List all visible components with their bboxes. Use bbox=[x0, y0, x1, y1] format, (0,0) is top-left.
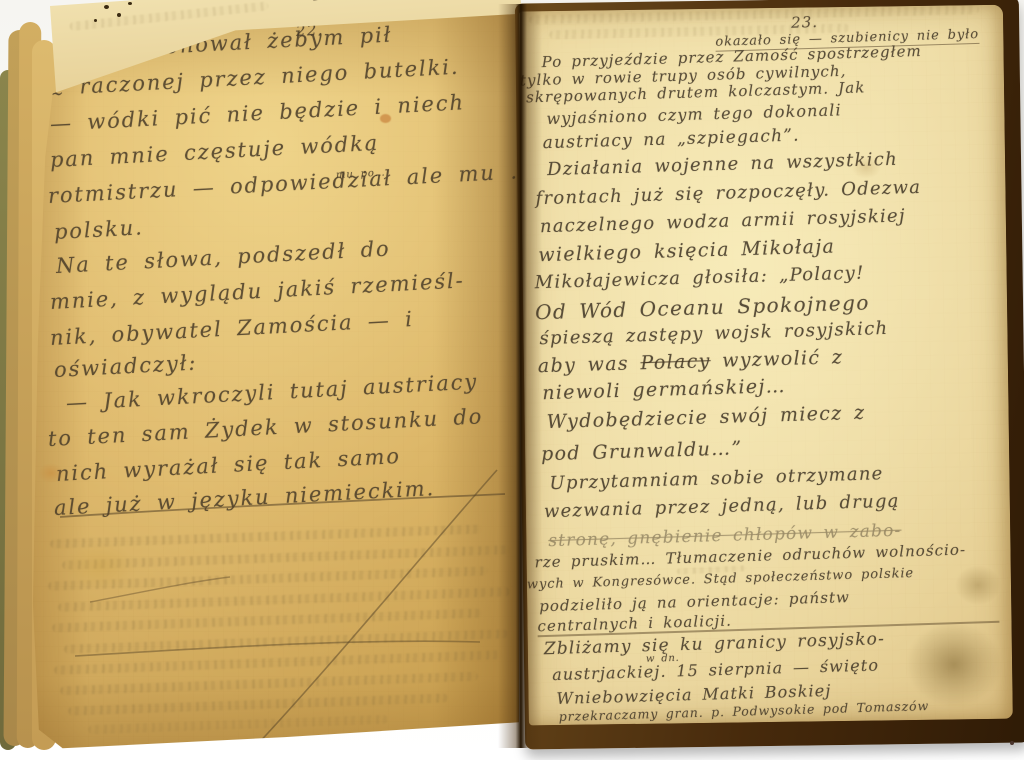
handwriting-line: Wydobędziecie swój miecz z bbox=[546, 402, 865, 433]
handwriting-line-with-strike: aby was Polacy wyzwolić z bbox=[538, 346, 844, 377]
handwriting-line: wyjaśniono czym tego dokonali bbox=[546, 100, 842, 128]
handwriting-line: polsku. bbox=[53, 215, 144, 244]
ghost-scribble bbox=[69, 1, 269, 31]
stain bbox=[905, 621, 1002, 708]
ink-speck bbox=[128, 2, 132, 5]
handwriting-line: pod Grunwaldu…” bbox=[541, 437, 743, 465]
ink-speck bbox=[94, 19, 97, 22]
notebook-scan: 14 22. i zaproponował żebym pił z raczon… bbox=[0, 0, 1024, 760]
handwriting-line: wezwania przez jedną, lub drugą bbox=[544, 491, 900, 523]
handwriting-line: niewoli germańskiej… bbox=[542, 375, 786, 404]
call-line-before: aby was bbox=[538, 352, 641, 377]
handwriting-line: wielkiego księcia Mikołaja bbox=[538, 235, 835, 266]
call-line-struck-word: Polacy bbox=[640, 350, 711, 374]
handwriting-line: podzieliło ją na orientacje: państw bbox=[539, 588, 850, 615]
book-cover-right: 23. okazało się — szubienicy nie było Po… bbox=[515, 0, 1024, 749]
call-line-after: wyzwolić z bbox=[710, 346, 843, 372]
handwriting-line: Uprzytamniam sobie otrzymane bbox=[549, 463, 884, 494]
ink-speck bbox=[104, 5, 109, 9]
handwriting-line: naczelnego wodza armii rosyjskiej bbox=[540, 205, 906, 237]
handwriting-line: Mikołajewicza głosiła: „Polacy! bbox=[534, 263, 864, 294]
ink-speck bbox=[117, 13, 121, 17]
handwriting-line: austrjackiej. 15 sierpnia — święto bbox=[552, 655, 879, 684]
handwriting-line: Działania wojenne na wszystkich bbox=[547, 149, 898, 180]
ink-speck bbox=[1010, 741, 1014, 745]
underlay-page-mark: 14 bbox=[311, 0, 330, 4]
left-page: 22. i zaproponował żebym pił z raczonej … bbox=[28, 8, 522, 752]
page-number-right: 23. bbox=[791, 13, 819, 32]
handwriting-line: austriacy na „szpiegach”. bbox=[542, 126, 800, 154]
stain bbox=[955, 565, 1002, 606]
right-page: 23. okazało się — szubienicy nie było Po… bbox=[519, 5, 1013, 726]
handwriting-line: frontach już się rozpoczęły. Odezwa bbox=[535, 177, 921, 209]
ghost-line-top bbox=[529, 5, 979, 24]
